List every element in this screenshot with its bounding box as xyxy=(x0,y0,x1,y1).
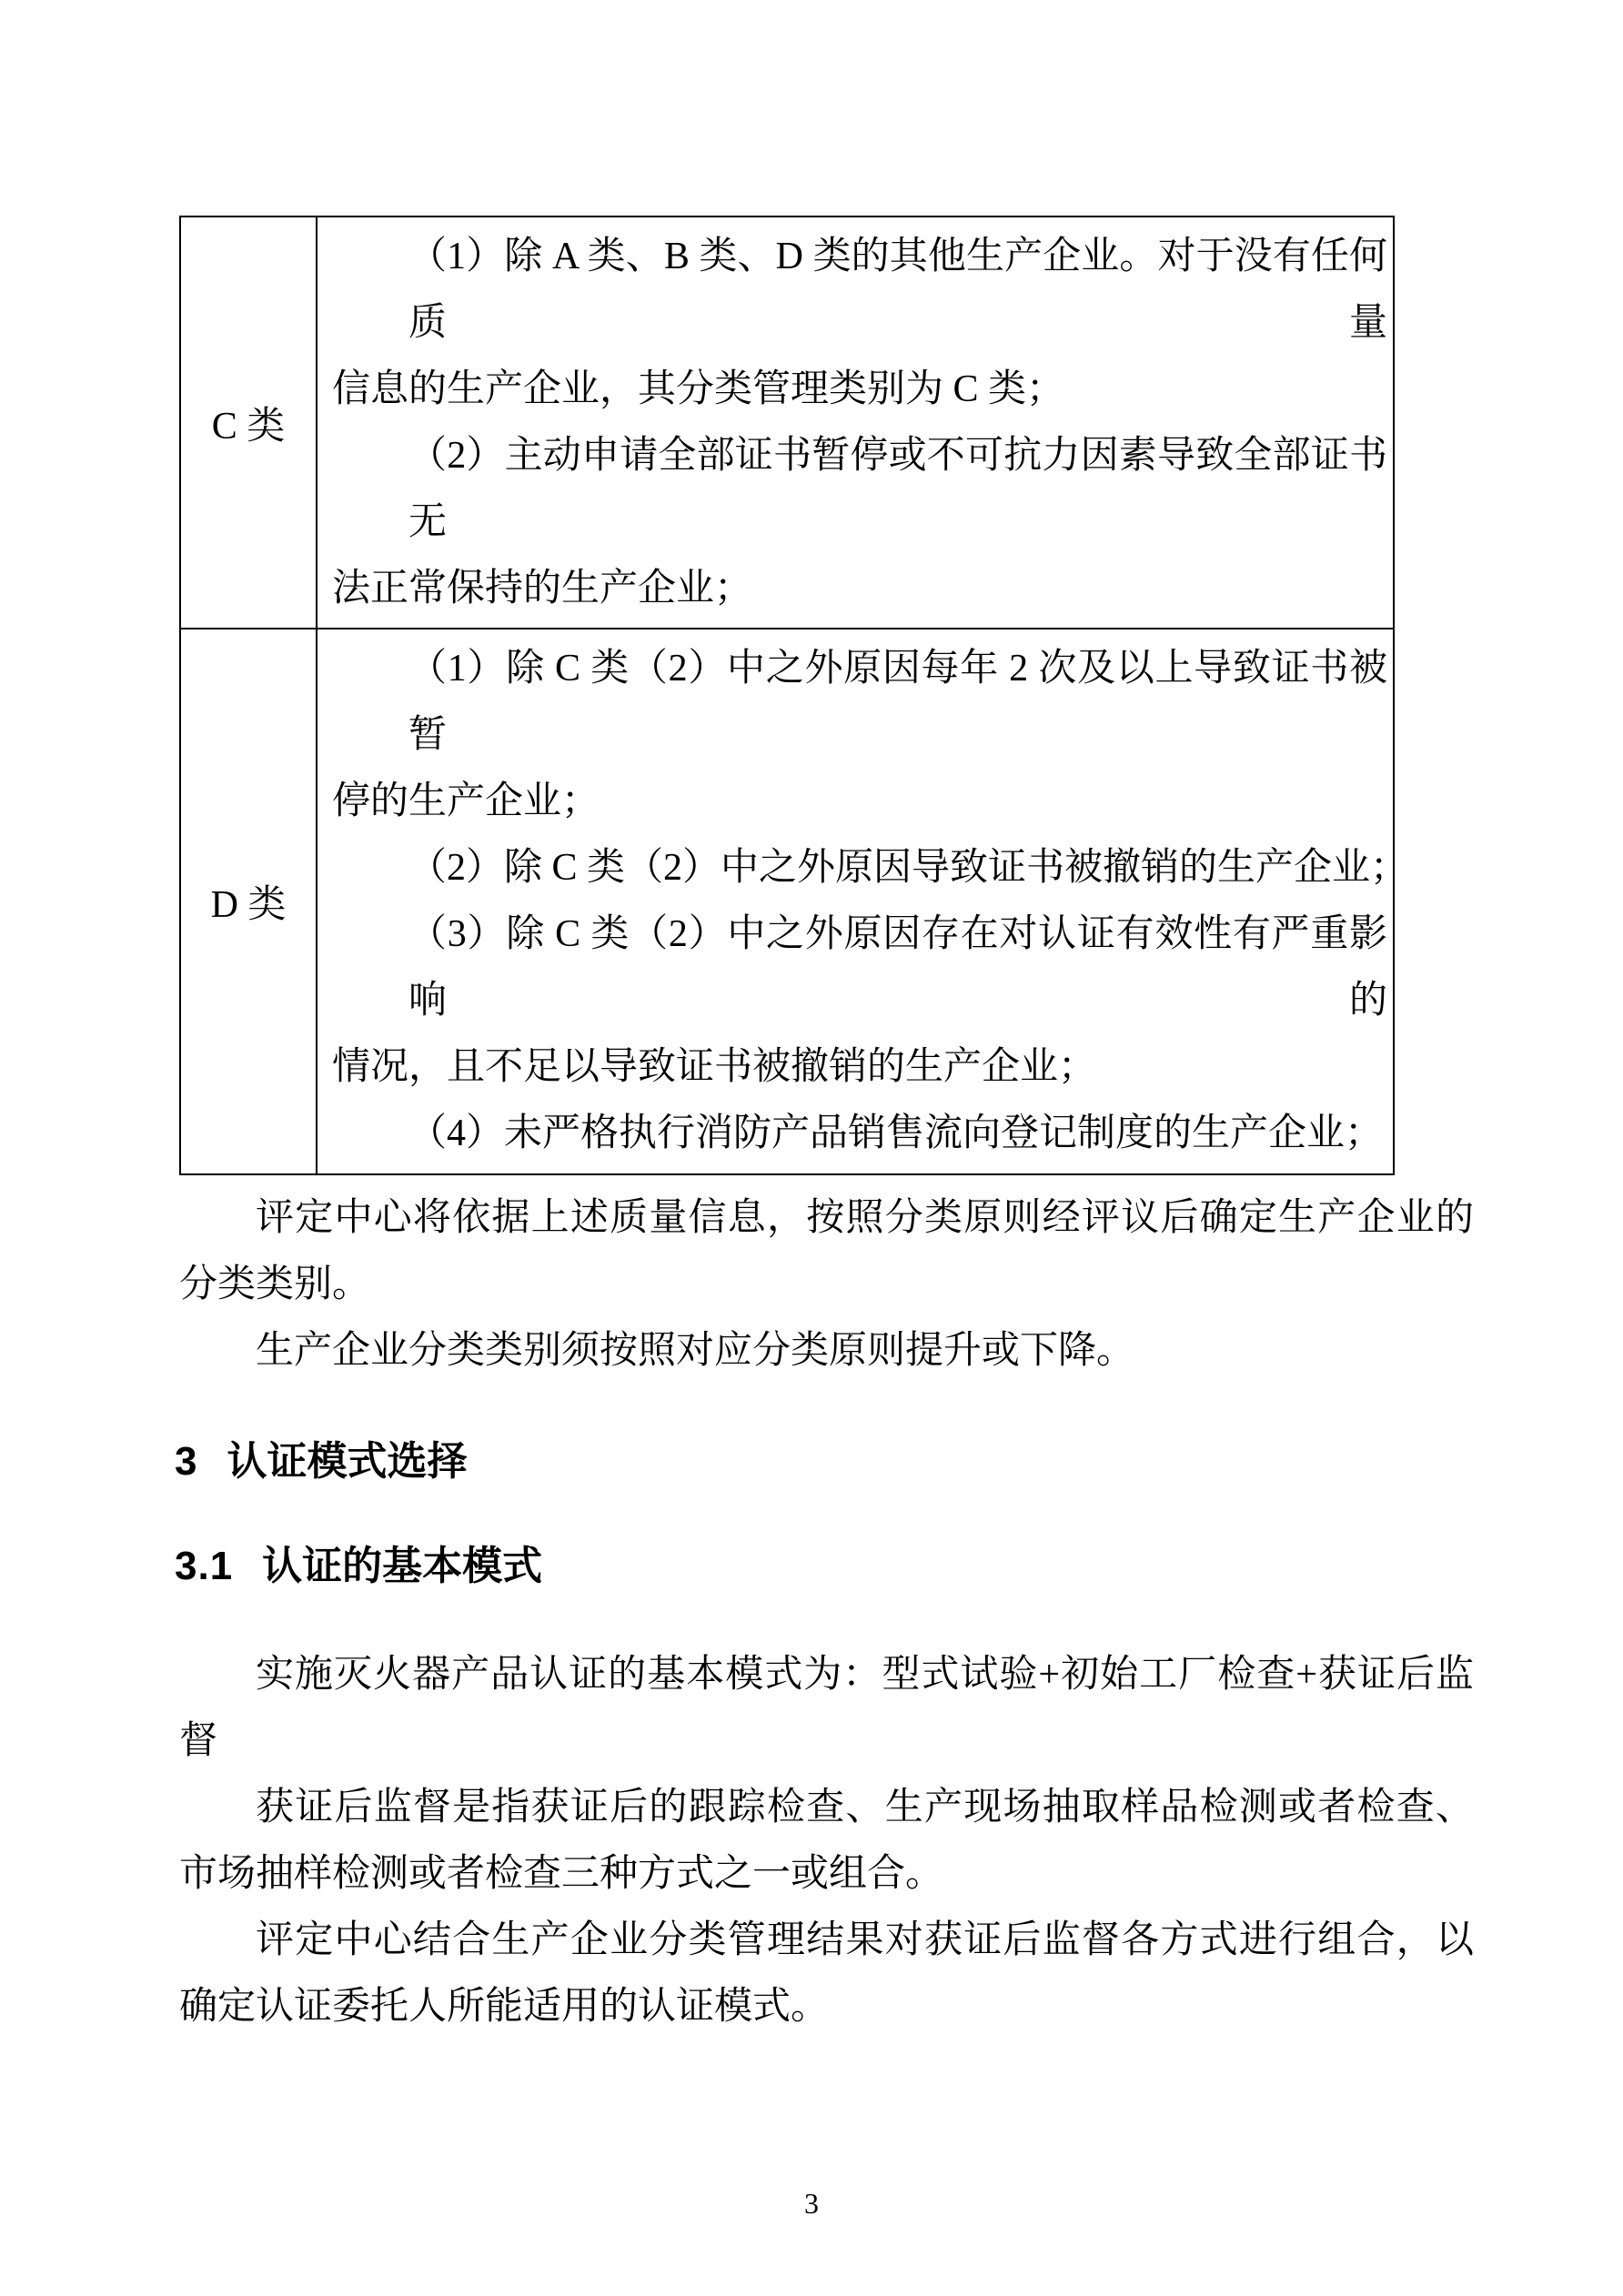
cell-line: （4）未严格执行消防产品销售流向登记制度的生产企业； xyxy=(332,1101,1387,1167)
subsection-number: 3.1 xyxy=(175,1533,233,1599)
row-d-label: D 类 xyxy=(181,629,318,1173)
section-title: 认证模式选择 xyxy=(227,1439,467,1484)
cell-line: （2）主动申请全部证书暂停或不可抗力因素导致全部证书无 xyxy=(332,423,1387,556)
table-row-class-c: C 类 出现以下情况之一： （1）除 A 类、B 类、D 类的其他生产企业。对于… xyxy=(181,217,1393,628)
cell-line: （3）初始认证委托的生产企业其分类管理类别为 C 类。 xyxy=(332,622,1387,629)
cell-line: 停的生产企业； xyxy=(332,769,1387,835)
row-c-label: C 类 xyxy=(181,217,318,628)
subsection-title: 认证的基本模式 xyxy=(262,1544,542,1588)
table-row-class-d: D 类 出现以下情况之一： （1）除 C 类（2）中之外原因每年 2 次及以上导… xyxy=(181,628,1393,1173)
paragraph-line: 评定中心将依据上述质量信息，按照分类原则经评议后确定生产企业的 xyxy=(179,1185,1474,1252)
cell-line: 出现以下情况之一： xyxy=(332,629,1387,636)
classification-table: C 类 出现以下情况之一： （1）除 A 类、B 类、D 类的其他生产企业。对于… xyxy=(179,216,1395,1175)
paragraph-line: 生产企业分类类别须按照对应分类原则提升或下降。 xyxy=(179,1318,1474,1385)
cell-line: （3）除 C 类（2）中之外原因存在对认证有效性有严重影响的 xyxy=(332,901,1387,1034)
section-heading-3-1: 3.1认证的基本模式 xyxy=(175,1533,1469,1599)
section-heading-3: 3认证模式选择 xyxy=(175,1428,1469,1495)
page-number: 3 xyxy=(0,2185,1623,2221)
paragraph-post-cert-supervision: 获证后监督是指获证后的跟踪检查、生产现场抽取样品检测或者检查、 市场抽样检测或者… xyxy=(179,1775,1474,1908)
paragraph-mode-combination: 评定中心结合生产企业分类管理结果对获证后监督各方式进行组合，以 确定认证委托人所… xyxy=(179,1908,1474,2040)
document-page: C 类 出现以下情况之一： （1）除 A 类、B 类、D 类的其他生产企业。对于… xyxy=(0,0,1623,2296)
paragraph-line: 获证后监督是指获证后的跟踪检查、生产现场抽取样品检测或者检查、 xyxy=(179,1775,1474,1841)
cell-line: 信息的生产企业，其分类管理类别为 C 类； xyxy=(332,357,1387,423)
paragraph-line: 确定认证委托人所能适用的认证模式。 xyxy=(179,1974,1474,2040)
paragraph-line: 实施灭火器产品认证的基本模式为：型式试验+初始工厂检查+获证后监 xyxy=(179,1642,1474,1708)
cell-line: 情况，且不足以导致证书被撤销的生产企业； xyxy=(332,1034,1387,1101)
cell-line: （1）除 A 类、B 类、D 类的其他生产企业。对于没有任何质量 xyxy=(332,224,1387,357)
paragraph-line: 分类类别。 xyxy=(179,1252,1474,1318)
cell-line: （5）无正当理由拒绝接受评定中心的获证后监督的生产企业。 xyxy=(332,1167,1387,1173)
cell-line: （2）除 C 类（2）中之外原因导致证书被撤销的生产企业； xyxy=(332,835,1387,901)
cell-line: （1）除 C 类（2）中之外原因每年 2 次及以上导致证书被暂 xyxy=(332,636,1387,769)
cell-line: 法正常保持的生产企业； xyxy=(332,556,1387,622)
paragraph-classification-decision: 评定中心将依据上述质量信息，按照分类原则经评议后确定生产企业的 分类类别。 xyxy=(179,1185,1474,1318)
paragraph-line: 督 xyxy=(179,1708,1474,1775)
paragraph-line: 评定中心结合生产企业分类管理结果对获证后监督各方式进行组合，以 xyxy=(179,1908,1474,1974)
paragraph-basic-mode: 实施灭火器产品认证的基本模式为：型式试验+初始工厂检查+获证后监 督 xyxy=(179,1642,1474,1775)
row-d-content: 出现以下情况之一： （1）除 C 类（2）中之外原因每年 2 次及以上导致证书被… xyxy=(318,629,1393,1173)
row-c-content: 出现以下情况之一： （1）除 A 类、B 类、D 类的其他生产企业。对于没有任何… xyxy=(318,217,1393,628)
section-number: 3 xyxy=(175,1428,197,1495)
paragraph-line: 市场抽样检测或者检查三种方式之一或组合。 xyxy=(179,1841,1474,1908)
paragraph-classification-adjust: 生产企业分类类别须按照对应分类原则提升或下降。 xyxy=(179,1318,1474,1385)
